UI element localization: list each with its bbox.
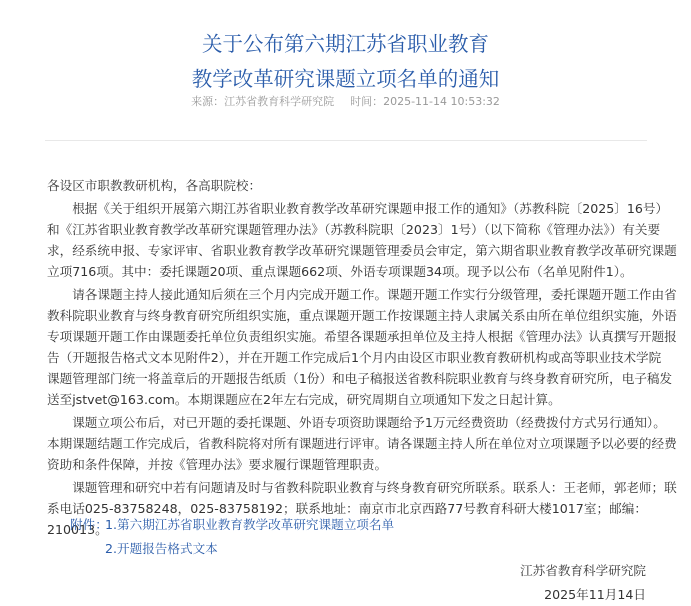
paragraph-2-line-4: 告（开题报告格式文本见附件2），并在开题工作完成后1个月内由设区市职业教育教研机… xyxy=(47,347,647,366)
salutation: 各设区市职教教研机构，各高职院校： xyxy=(47,175,261,194)
attachments-label: 附件： xyxy=(70,514,108,533)
publish-time: 2025-11-14 10:53:32 xyxy=(383,95,500,108)
paragraph-1-line-4: 立项716项。其中：委托课题20项、重点课题662项、外语专项课题34项。现予以… xyxy=(47,261,633,280)
paragraph-2-line-1: 请各课题主持人接此通知后须在三个月内完成开题工作。课题开题工作实行分级管理，委托… xyxy=(47,284,647,303)
page-title-line-2: 教学改革研究课题立项名单的通知 xyxy=(0,62,691,92)
attachment-link-2[interactable]: 2.开题报告格式文本 xyxy=(105,538,218,557)
source-value: 江苏省教育科学研究院 xyxy=(224,95,334,108)
signature-org: 江苏省教育科学研究院 xyxy=(520,560,646,579)
paragraph-1-line-2: 和《江苏省职业教育教学改革研究课题管理办法》（苏教科院职〔2023〕1号）（以下… xyxy=(47,219,647,238)
article-meta: 来源：江苏省教育科学研究院时间：2025-11-14 10:53:32 xyxy=(0,93,691,109)
paragraph-2-line-6: 送至jstvet@163.com。本期课题应在2年左右完成，研究周期自立项通知下… xyxy=(47,389,561,408)
paragraph-3-line-3: 资助和条件保障，并按《管理办法》要求履行课题管理职责。 xyxy=(47,454,387,473)
paragraph-1-line-3: 求，经系统申报、专家评审、省职业教育教学改革研究课题管理委员会审定，第六期省职业… xyxy=(47,240,647,259)
paragraph-3-line-1: 课题立项公布后，对已开题的委托课题、外语专项资助课题给予1万元经费资助（经费拨付… xyxy=(47,412,647,431)
paragraph-1-line-1: 根据《关于组织开展第六期江苏省职业教育教学改革研究课题申报工作的通知》（苏教科院… xyxy=(47,198,647,217)
paragraph-2-line-2: 教科院职业教育与终身教育研究所组织实施，重点课题开题工作按课题主持人隶属关系由所… xyxy=(47,305,647,324)
attachment-link-1[interactable]: 1.第六期江苏省职业教育教学改革研究课题立项名单 xyxy=(105,514,394,533)
header-divider xyxy=(45,140,647,141)
source-label: 来源： xyxy=(191,95,224,108)
time-label: 时间： xyxy=(350,95,383,108)
paragraph-2-line-5: 课题管理部门统一将盖章后的开题报告纸质（1份）和电子稿报送省教科院职业教育与终身… xyxy=(47,368,647,387)
paragraph-4-line-1: 课题管理和研究中若有问题请及时与省教科院职业教育与终身教育研究所联系。联系人：王… xyxy=(47,477,647,496)
paragraph-2-line-3: 专项课题开题工作由课题委托单位负责组织实施。希望各课题承担单位及主持人根据《管理… xyxy=(47,326,647,345)
paragraph-3-line-2: 本期课题结题工作完成后，省教科院将对所有课题进行评审。请各课题主持人所在单位对立… xyxy=(47,433,647,452)
page-title-line-1: 关于公布第六期江苏省职业教育 xyxy=(0,27,691,57)
signature-date: 2025年11月14日 xyxy=(544,584,646,603)
